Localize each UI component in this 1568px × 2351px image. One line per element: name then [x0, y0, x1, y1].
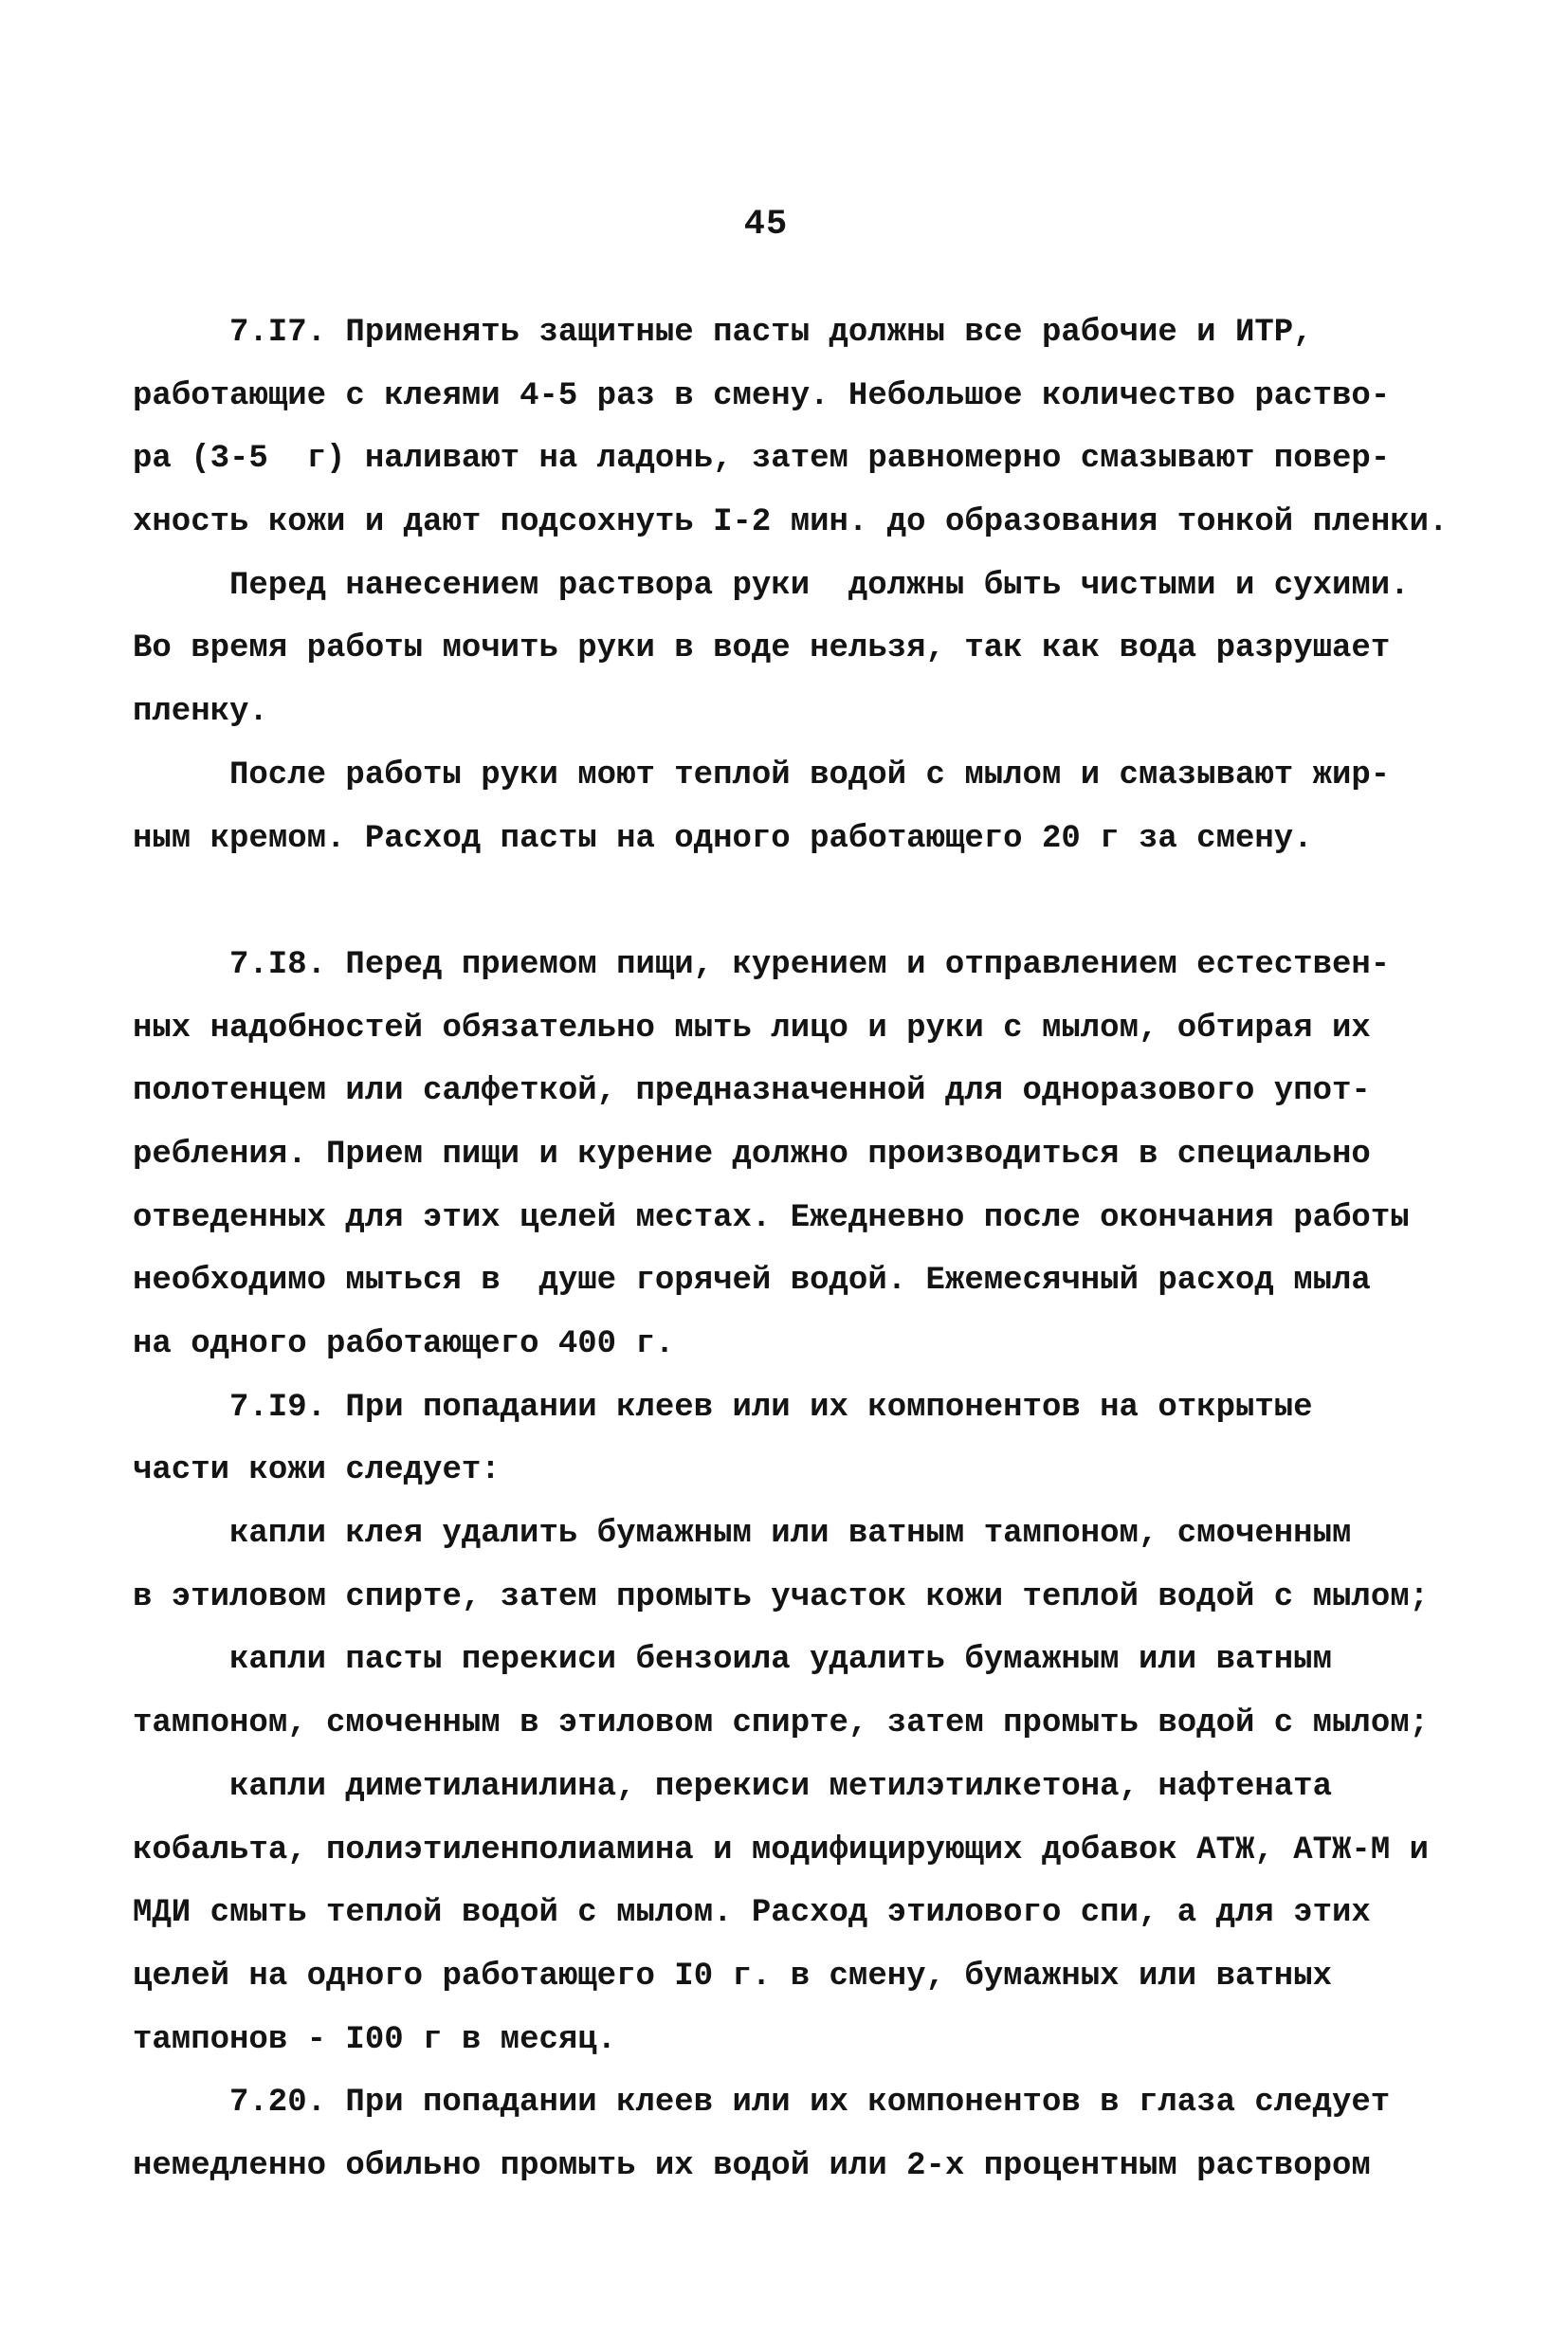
text-line: капли диметиланилина, перекиси метилэтил…	[133, 1756, 1488, 1819]
text-line: Во время работы мочить руки в воде нельз…	[133, 617, 1488, 681]
text-line: отведенных для этих целей местах. Ежедне…	[133, 1187, 1488, 1250]
text-line: пленку.	[133, 681, 1488, 744]
text-line: 7.20. При попадании клеев или их компоне…	[133, 2071, 1488, 2135]
text-line: работающие с клеями 4-5 раз в смену. Неб…	[133, 365, 1488, 428]
text-line: капли пасты перекиси бензоила удалить бу…	[133, 1629, 1488, 1692]
text-line: Перед нанесением раствора руки должны бы…	[133, 555, 1488, 618]
text-line: целей на одного работающего I0 г. в смен…	[133, 1945, 1488, 2009]
text-line: ребления. Прием пищи и курение должно пр…	[133, 1123, 1488, 1187]
text-line: 7.I9. При попадании клеев или их компоне…	[133, 1376, 1488, 1440]
text-line: тампоном, смоченным в этиловом спирте, з…	[133, 1692, 1488, 1756]
text-line: полотенцем или салфеткой, предназначенно…	[133, 1060, 1488, 1123]
text-line: необходимо мыться в душе горячей водой. …	[133, 1249, 1488, 1313]
blank-line	[133, 870, 1488, 934]
text-line: на одного работающего 400 г.	[133, 1313, 1488, 1376]
text-line: 7.I7. Применять защитные пасты должны вс…	[133, 301, 1488, 365]
text-line: немедленно обильно промыть их водой или …	[133, 2135, 1488, 2198]
text-line: хность кожи и дают подсохнуть I-2 мин. д…	[133, 491, 1488, 555]
text-line: кобальта, полиэтиленполиамина и модифици…	[133, 1819, 1488, 1883]
text-line: части кожи следует:	[133, 1439, 1488, 1503]
text-line: 7.I8. Перед приемом пищи, курением и отп…	[133, 934, 1488, 997]
text-line: ным кремом. Расход пасты на одного работ…	[133, 808, 1488, 871]
text-line: МДИ смыть теплой водой с мылом. Расход э…	[133, 1882, 1488, 1945]
text-line: ных надобностей обязательно мыть лицо и …	[133, 997, 1488, 1061]
text-line: ра (3-5 г) наливают на ладонь, затем рав…	[133, 428, 1488, 491]
text-line: тампонов - I00 г в месяц.	[133, 2009, 1488, 2072]
scanned-page: 45 7.I7. Применять защитные пасты должны…	[0, 0, 1568, 2351]
page-number: 45	[0, 205, 1532, 245]
text-line: в этиловом спирте, затем промыть участок…	[133, 1566, 1488, 1630]
text-line: капли клея удалить бумажным или ватным т…	[133, 1503, 1488, 1566]
text-line: После работы руки моют теплой водой с мы…	[133, 744, 1488, 808]
document-body: 7.I7. Применять защитные пасты должны вс…	[133, 301, 1488, 2198]
